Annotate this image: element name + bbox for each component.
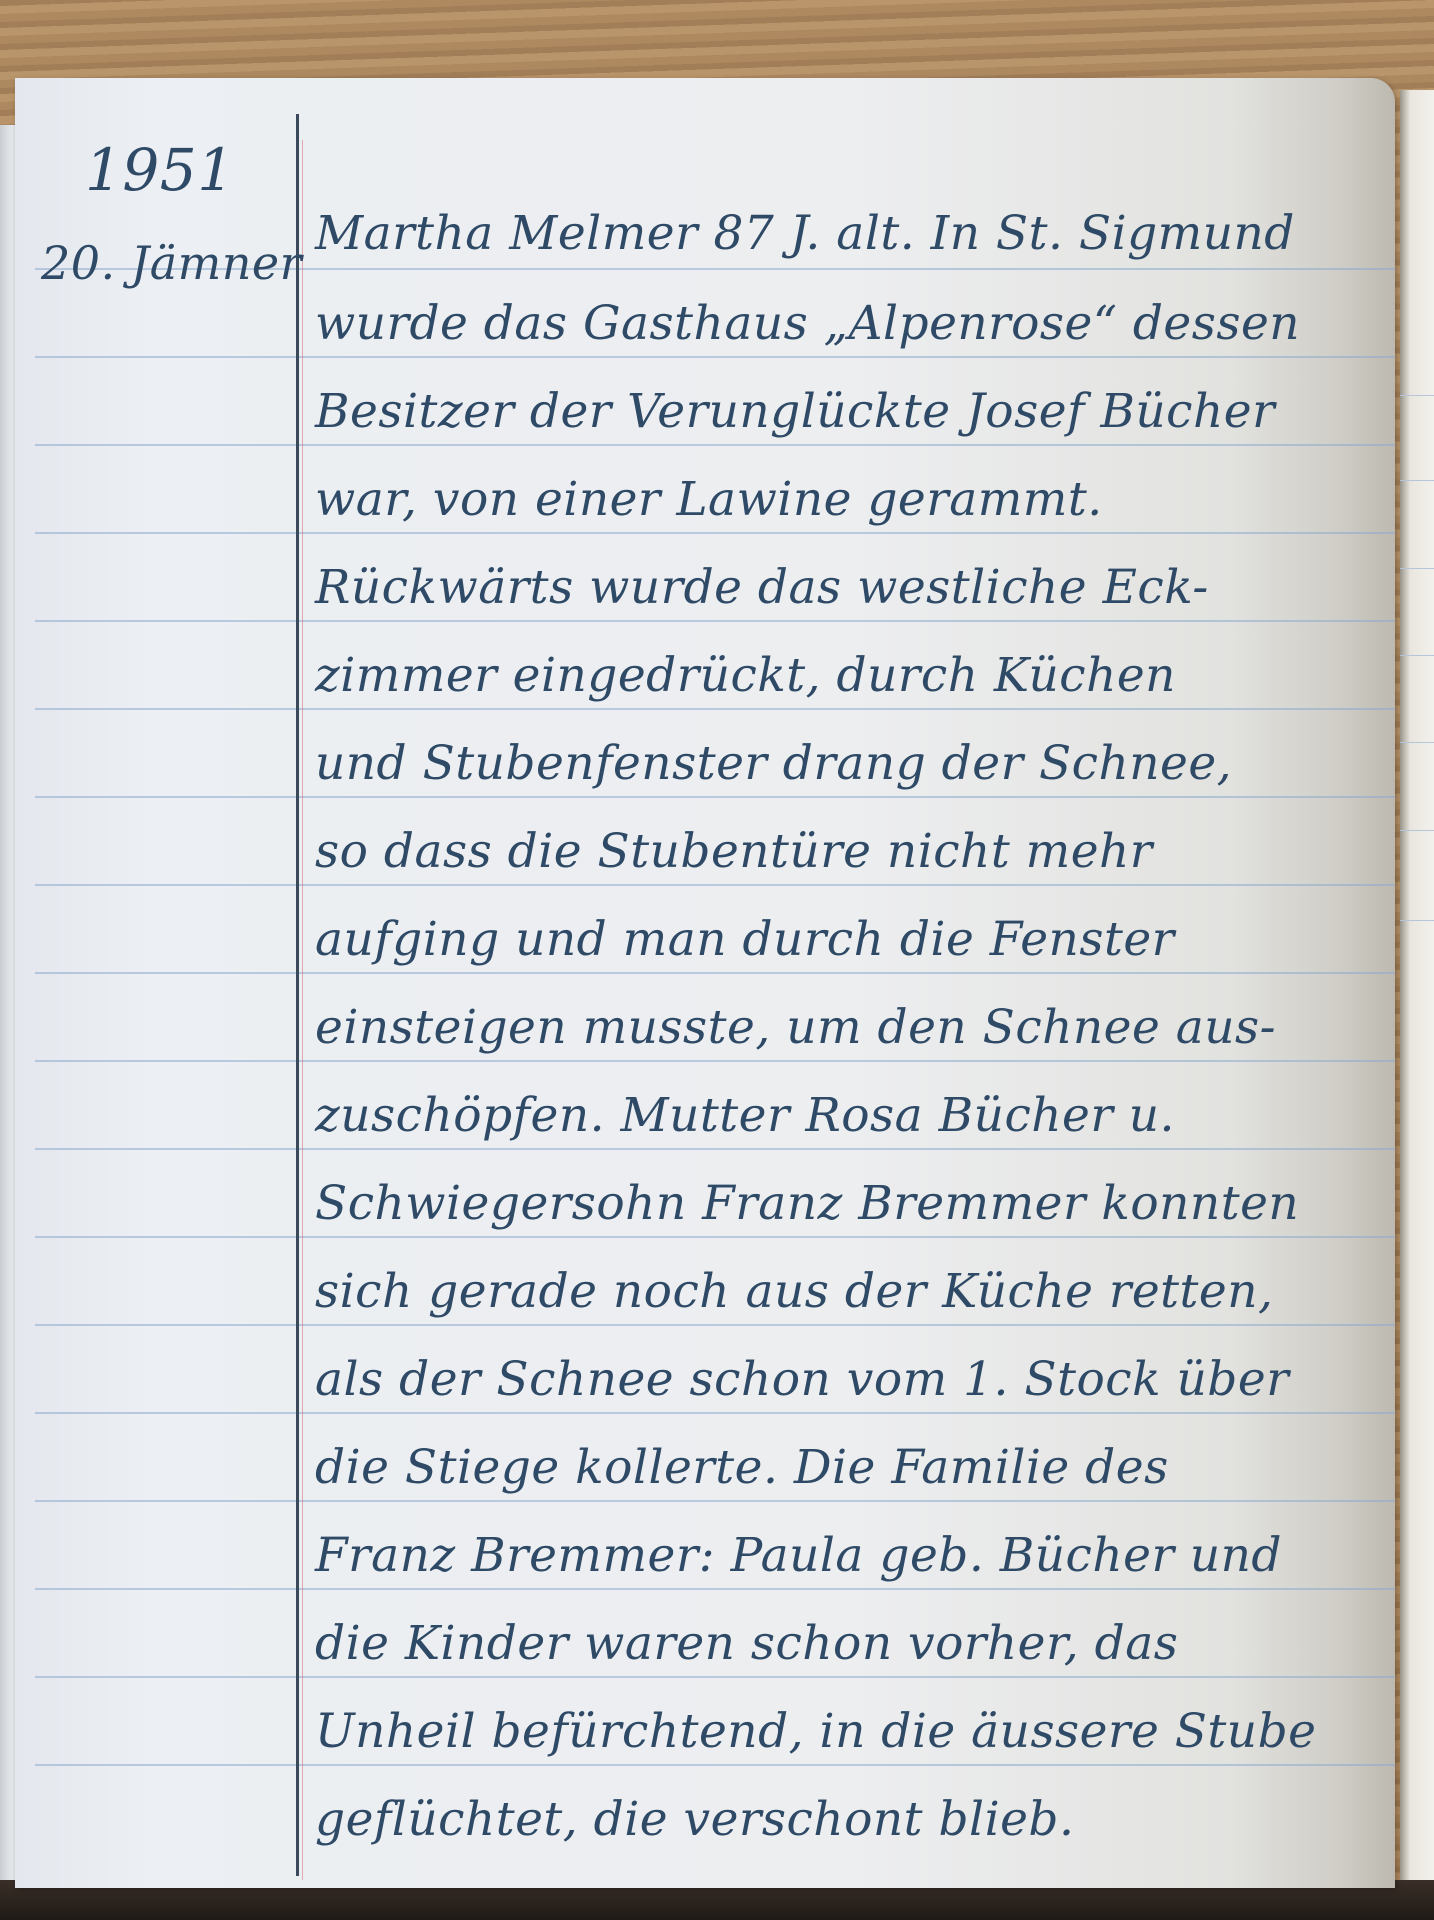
text-line: geflüchtet, die verschont blieb. [315, 1792, 1074, 1847]
ruled-line [35, 1324, 1395, 1326]
ruled-line [35, 356, 1395, 358]
red-margin-rule [302, 140, 303, 1880]
text-line: zimmer eingedrückt, durch Küchen [315, 648, 1176, 703]
text-line: zuschöpfen. Mutter Rosa Bücher u. [315, 1088, 1175, 1143]
ruled-line [35, 1676, 1395, 1678]
text-line: und Stubenfenster drang der Schnee, [315, 736, 1232, 791]
margin-date: 20. Jämner [41, 236, 302, 290]
text-line: sich gerade noch aus der Küche retten, [315, 1264, 1273, 1319]
text-line: wurde das Gasthaus „Alpenrose“ dessen [315, 296, 1300, 351]
text-line: Franz Bremmer: Paula geb. Bücher und [315, 1528, 1282, 1583]
ruled-line [35, 444, 1395, 446]
text-line: Unheil befürchtend, in die äussere Stube [315, 1704, 1316, 1759]
text-line: einsteigen musste, um den Schnee aus- [315, 1000, 1276, 1055]
ruled-line [35, 1500, 1395, 1502]
text-line: die Kinder waren schon vorher, das [315, 1616, 1178, 1671]
text-line: so dass die Stubentüre nicht mehr [315, 824, 1153, 879]
text-line: als der Schnee schon vom 1. Stock über [315, 1352, 1289, 1407]
ruled-line [35, 708, 1395, 710]
ruled-line [35, 532, 1395, 534]
text-line: Martha Melmer 87 J. alt. In St. Sigmund [315, 206, 1295, 261]
ruled-line [35, 1588, 1395, 1590]
ruled-line [35, 1060, 1395, 1062]
facing-page-edge [1400, 90, 1434, 1880]
text-line: Rückwärts wurde das westliche Eck- [315, 560, 1209, 615]
ruled-line [35, 796, 1395, 798]
text-line: Schwiegersohn Franz Bremmer konnten [315, 1176, 1299, 1231]
ruled-line [35, 620, 1395, 622]
text-line: aufging und man durch die Fenster [315, 912, 1175, 967]
text-line: Besitzer der Verunglückte Josef Bücher [315, 384, 1275, 439]
ruled-line [35, 1236, 1395, 1238]
margin-rule [296, 114, 299, 1876]
text-line: die Stiege kollerte. Die Familie des [315, 1440, 1169, 1495]
ruled-line [35, 884, 1395, 886]
ruled-line [35, 972, 1395, 974]
ruled-line [35, 1412, 1395, 1414]
notebook-page: 1951 20. Jämner Martha Melmer 87 J. alt.… [15, 78, 1395, 1888]
margin-year: 1951 [85, 136, 235, 204]
ruled-line [35, 1148, 1395, 1150]
ruled-line [35, 1764, 1395, 1766]
text-line: war, von einer Lawine gerammt. [315, 472, 1103, 527]
